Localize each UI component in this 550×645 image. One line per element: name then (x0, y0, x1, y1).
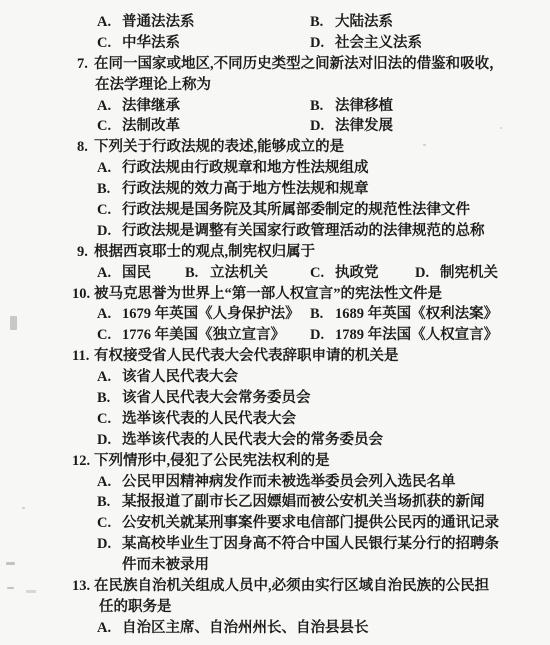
scan-artifact (386, 16, 389, 19)
option-label: C. (310, 263, 335, 284)
option: A.普通法法系 (97, 12, 195, 33)
option: D.社会主义法系 (310, 33, 422, 54)
option: B.1689 年英国《权利法案》 (310, 304, 498, 325)
scan-artifact (10, 316, 17, 330)
option-text: 该省人民代表大会 (122, 369, 238, 385)
options-row: C.法制改革 D.法律发展 (0, 116, 550, 137)
question-number: 8. (72, 137, 94, 158)
option-label: A. (97, 618, 122, 639)
question-text: 被马克思誉为世界上“第一部人权宣言”的宪法性文件是 (94, 286, 442, 302)
question-continuation: 任的职务是 (0, 597, 550, 618)
option-label: D. (97, 430, 122, 451)
option-text: 法制改革 (122, 118, 180, 134)
option-label: A. (97, 304, 122, 325)
question-line: 7.在同一国家或地区,不同历史类型之间新法对旧法的借鉴和吸收， (0, 54, 550, 75)
option-label: A. (97, 472, 122, 493)
option-label: B. (185, 263, 210, 284)
option-text: 某报报道了副市长乙因嫖娼而被公安机关当场抓获的新闻 (122, 494, 485, 510)
options-row: A.法律继承 B.法律移植 (0, 96, 550, 117)
option-text: 件而未被录用 (122, 557, 209, 573)
option-label: A. (97, 12, 122, 33)
scan-artifact (148, 77, 150, 79)
option-line: B.行政法规的效力高于地方性法规和规章 (0, 179, 550, 200)
options-row: C.中华法系 D.社会主义法系 (0, 33, 550, 54)
option-line: A.公民甲因精神病发作而未被选举委员会列入选民名单 (0, 472, 550, 493)
option-text: 行政法规是调整有关国家行政管理活动的法律规范的总称 (122, 223, 485, 239)
option: B.法律移植 (310, 96, 393, 117)
option-line: C.公安机关就某刑事案件要求电信部门提供公民丙的通讯记录 (0, 513, 550, 534)
option-line: A.自治区主席、自治州州长、自治县县长 (0, 618, 550, 639)
option-text: 执政党 (335, 265, 379, 281)
scan-artifact (6, 562, 15, 565)
option-text: 行政法规的效力高于地方性法规和规章 (122, 181, 369, 197)
option-text: 大陆法系 (335, 14, 393, 30)
option-text: 普通法法系 (122, 14, 195, 30)
option-line: B.某报报道了副市长乙因嫖娼而被公安机关当场抓获的新闻 (0, 492, 550, 513)
option-line: B.该省人民代表大会常务委员会 (0, 388, 550, 409)
question-line: 11.有权接受省人民代表大会代表辞职申请的机关是 (0, 346, 550, 367)
question-line: 12.下列情形中,侵犯了公民宪法权利的是 (0, 451, 550, 472)
question-text: 下列关于行政法规的表述,能够成立的是 (94, 139, 344, 155)
question-text: 下列情形中,侵犯了公民宪法权利的是 (94, 453, 330, 469)
option-label: C. (97, 513, 122, 534)
options-row: C.1776 年美国《独立宣言》 D.1789 年法国《人权宣言》 (0, 325, 550, 346)
option-label: A. (97, 263, 122, 284)
scan-artifact (22, 507, 25, 509)
options-row: A.普通法法系 B.大陆法系 (0, 12, 550, 33)
option-label: B. (310, 12, 335, 33)
scan-artifact (423, 144, 426, 146)
option-label: C. (97, 409, 122, 430)
option-text: 某高校毕业生丁因身高不符合中国人民银行某分行的招聘条 (122, 536, 499, 552)
option-text: 法律发展 (335, 118, 393, 134)
question-line: 8.下列关于行政法规的表述,能够成立的是 (0, 137, 550, 158)
option: C.法制改革 (97, 116, 180, 137)
option-text: 1776 年美国《独立宣言》 (122, 327, 285, 343)
option-text: 公民甲因精神病发作而未被选举委员会列入选民名单 (122, 474, 456, 490)
option-label: C. (97, 116, 122, 137)
question-text: 有权接受省人民代表大会代表辞职申请的机关是 (94, 348, 399, 364)
scan-artifact (7, 587, 14, 589)
option-text: 中华法系 (122, 35, 180, 51)
question-line: 13.在民族自治机关组成人员中,必须由实行区域自治民族的公民担 (0, 576, 550, 597)
option-label: C. (97, 33, 122, 54)
option-text: 该省人民代表大会常务委员会 (122, 390, 311, 406)
option-label: B. (97, 179, 122, 200)
option: A.1679 年英国《人身保护法》 (97, 304, 300, 325)
option-line: C.选举该代表的人民代表大会 (0, 409, 550, 430)
option-label: A. (97, 158, 122, 179)
question-line: 10.被马克思誉为世界上“第一部人权宣言”的宪法性文件是 (0, 284, 550, 305)
option-continuation: 件而未被录用 (0, 555, 550, 576)
option-label: C. (97, 200, 122, 221)
option: B.大陆法系 (310, 12, 393, 33)
question-text: 在法学理论上称为 (95, 77, 211, 93)
option: D.法律发展 (310, 116, 393, 137)
option-label: D. (97, 221, 122, 242)
option-label: A. (97, 96, 122, 117)
option-line: D.选举该代表的人民代表大会的常务委员会 (0, 430, 550, 451)
option: D.1789 年法国《人权宣言》 (310, 325, 498, 346)
option: C.1776 年美国《独立宣言》 (97, 325, 285, 346)
option-label: B. (310, 96, 335, 117)
option-label: A. (97, 367, 122, 388)
question-line: 9.根据西哀耶士的观点,制宪权归属于 (0, 242, 550, 263)
option-label: D. (310, 33, 335, 54)
option-line: D.行政法规是调整有关国家行政管理活动的法律规范的总称 (0, 221, 550, 242)
scan-artifact (500, 127, 502, 129)
option-label: B. (310, 304, 335, 325)
option-text: 法律移植 (335, 98, 393, 114)
option-text: 选举该代表的人民代表大会的常务委员会 (122, 432, 383, 448)
option-text: 社会主义法系 (335, 35, 422, 51)
option-line: A.该省人民代表大会 (0, 367, 550, 388)
option-text: 选举该代表的人民代表大会 (122, 411, 296, 427)
question-number: 11. (72, 346, 94, 367)
option-text: 国民 (122, 265, 151, 281)
question-text: 在同一国家或地区,不同历史类型之间新法对旧法的借鉴和吸收， (94, 56, 504, 72)
option-line: D.某高校毕业生丁因身高不符合中国人民银行某分行的招聘条 (0, 534, 550, 555)
option-text: 1789 年法国《人权宣言》 (335, 327, 498, 343)
exam-page: A.普通法法系 B.大陆法系 C.中华法系 D.社会主义法系 7.在同一国家或地… (0, 0, 550, 645)
option: C.执政党 (310, 263, 379, 284)
option-label: D. (415, 263, 440, 284)
option-text: 法律继承 (122, 98, 180, 114)
option-label: B. (97, 492, 122, 513)
question-text: 在民族自治机关组成人员中,必须由实行区域自治民族的公民担 (94, 578, 489, 594)
option-text: 行政法规由行政规章和地方性法规组成 (122, 160, 369, 176)
option: B.立法机关 (185, 263, 268, 284)
option-label: D. (310, 325, 335, 346)
option-text: 自治区主席、自治州州长、自治县县长 (122, 620, 369, 636)
option: A.国民 (97, 263, 151, 284)
question-text: 根据西哀耶士的观点,制宪权归属于 (94, 244, 315, 260)
option-line: A.行政法规由行政规章和地方性法规组成 (0, 158, 550, 179)
option-text: 公安机关就某刑事案件要求电信部门提供公民丙的通讯记录 (122, 515, 499, 531)
option: A.法律继承 (97, 96, 180, 117)
option-label: D. (310, 116, 335, 137)
option-text: 制宪机关 (440, 265, 498, 281)
option-text: 1679 年英国《人身保护法》 (122, 306, 300, 322)
option-label: B. (97, 388, 122, 409)
question-text: 任的职务是 (99, 599, 172, 615)
option-text: 立法机关 (210, 265, 268, 281)
option: C.中华法系 (97, 33, 180, 54)
options-row: A.国民 B.立法机关 C.执政党 D.制宪机关 (0, 263, 550, 284)
question-number: 13. (72, 576, 94, 597)
option-text: 行政法规是国务院及其所属部委制定的规范性法律文件 (122, 202, 470, 218)
question-number: 10. (72, 284, 94, 305)
question-number: 7. (72, 54, 94, 75)
option: D.制宪机关 (415, 263, 498, 284)
option-line: C.行政法规是国务院及其所属部委制定的规范性法律文件 (0, 200, 550, 221)
option-label: C. (97, 325, 122, 346)
option-label: D. (97, 534, 122, 555)
question-number: 9. (72, 242, 94, 263)
question-continuation: 在法学理论上称为 (0, 75, 550, 96)
question-number: 12. (72, 451, 94, 472)
options-row: A.1679 年英国《人身保护法》 B.1689 年英国《权利法案》 (0, 304, 550, 325)
option-text: 1689 年英国《权利法案》 (335, 306, 498, 322)
scan-artifact (26, 590, 36, 593)
